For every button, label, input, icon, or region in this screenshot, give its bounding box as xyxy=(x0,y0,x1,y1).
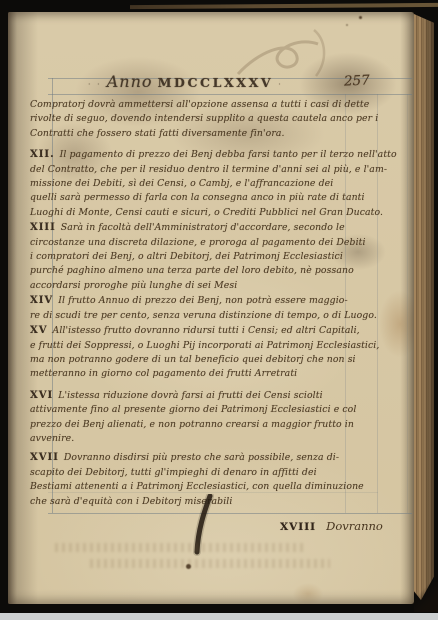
manuscript-line: scapito dei Debitorj, tutti gl'impieghi … xyxy=(30,466,382,480)
title-ornament-left: · · xyxy=(88,80,102,89)
section-line-text: Sarà in facoltà dell'Amministratorj d'ac… xyxy=(61,222,345,233)
manuscript-section-start: XVIL'istessa riduzione dovrà farsi ai fr… xyxy=(30,389,382,403)
book-top-edge xyxy=(130,3,438,9)
manuscript-line: missione dei Debiti, sì dei Censi, o Cam… xyxy=(30,177,382,191)
manuscript-line: ma non potranno godere di un tal benefic… xyxy=(30,353,382,367)
manuscript-line: rivolte di seguo, dovendo intendersi sup… xyxy=(30,112,382,126)
manuscript-line: e frutti dei Soppressi, o Luoghi Pij inc… xyxy=(30,339,382,353)
catchword-numeral: XVIII xyxy=(280,521,316,533)
manuscript-page: · · Anno MDCCLXXXV · 257 Compratorj dovr… xyxy=(8,12,414,604)
manuscript-section-start: XVAll'istesso frutto dovranno ridursi tu… xyxy=(30,324,382,338)
manuscript-section-start: XVIIDovranno disdirsi più presto che sar… xyxy=(30,451,382,465)
title-ornament-right: · xyxy=(278,80,283,89)
ink-spot xyxy=(359,16,362,19)
catchword-word: Dovranno xyxy=(326,519,383,533)
manuscript-line: circostanze una discreta dilazione, e pr… xyxy=(30,236,382,250)
manuscript-line: Luoghi di Monte, Censi cauti e sicuri, o… xyxy=(30,206,382,220)
scanner-bed-strip xyxy=(0,613,438,620)
section-numeral: XV xyxy=(30,325,48,336)
manuscript-line: i compratori dei Benj, o altri Debitorj,… xyxy=(30,250,382,264)
manuscript-section-start: XIVIl frutto Annuo di prezzo dei Benj, n… xyxy=(30,294,382,308)
title-year-numerals: MDCCLXXXV xyxy=(158,75,274,90)
manuscript-line: del Contratto, che per il residuo dentro… xyxy=(30,163,382,177)
manuscript-line: Contratti che fossero stati fatti divers… xyxy=(30,127,382,141)
manuscript-line: che sarà d'equità con i Debitorj miserab… xyxy=(30,495,382,509)
manuscript-line: purché paghino almeno una terza parte de… xyxy=(30,264,382,278)
section-line-text: L'istessa riduzione dovrà farsi ai frutt… xyxy=(58,390,322,401)
section-line-text: All'istesso frutto dovranno ridursi tutt… xyxy=(53,325,360,336)
catchword: XVIII Dovranno xyxy=(280,515,383,534)
ink-spot xyxy=(346,24,348,26)
manuscript-line: attivamente fino al presente giorno dei … xyxy=(30,403,382,417)
section-line-text: Dovranno disdirsi più presto che sarà po… xyxy=(64,452,339,463)
bleed-through-ghost-text xyxy=(55,543,305,552)
frame-rule-bottom xyxy=(48,513,412,514)
manuscript-section-start: XIIISarà in facoltà dell'Amministratorj … xyxy=(30,221,382,235)
manuscript-line: Bestiami attenenti a i Patrimonj Ecclesi… xyxy=(30,480,382,494)
frame-rule-right-outer xyxy=(407,94,408,513)
year-title: · · Anno MDCCLXXXV · xyxy=(88,72,283,91)
page-number: 257 xyxy=(344,72,371,89)
section-numeral: XII. xyxy=(30,149,55,160)
section-numeral: XVII xyxy=(30,452,59,463)
section-line-text: Il frutto Annuo di prezzo dei Benj, non … xyxy=(58,295,348,306)
section-numeral: XVI xyxy=(30,390,53,401)
manuscript-line: metteranno in giorno col pagamento dei f… xyxy=(30,367,382,381)
manuscript-line: Compratorj dovrà ammettersi all'opzione … xyxy=(30,98,382,112)
bleed-through-ghost-text xyxy=(90,559,330,568)
ink-spot xyxy=(186,564,191,569)
scanned-book-page: · · Anno MDCCLXXXV · 257 Compratorj dovr… xyxy=(0,0,438,620)
bottom-right-corner-shadow xyxy=(414,582,438,612)
manuscript-line: quelli sarà permesso di farla con la con… xyxy=(30,191,382,205)
section-line-text: Il pagamento di prezzo dei Benj debba fa… xyxy=(60,149,397,160)
manuscript-text-block: Compratorj dovrà ammettersi all'opzione … xyxy=(30,98,382,509)
manuscript-line: avvenire. xyxy=(30,432,382,446)
section-numeral: XIV xyxy=(30,295,53,306)
manuscript-line: accordarsi proroghe più lunghe di sei Me… xyxy=(30,279,382,293)
manuscript-line: re di scudi tre per cento, senza veruna … xyxy=(30,309,382,323)
manuscript-section-start: XII.Il pagamento di prezzo dei Benj debb… xyxy=(30,148,382,162)
title-year-word: Anno xyxy=(107,72,153,91)
section-numeral: XIII xyxy=(30,222,56,233)
manuscript-line: prezzo dei Benj alienati, e non potranno… xyxy=(30,418,382,432)
page-header: · · Anno MDCCLXXXV · 257 xyxy=(48,71,412,95)
book-fore-edge xyxy=(414,14,434,606)
